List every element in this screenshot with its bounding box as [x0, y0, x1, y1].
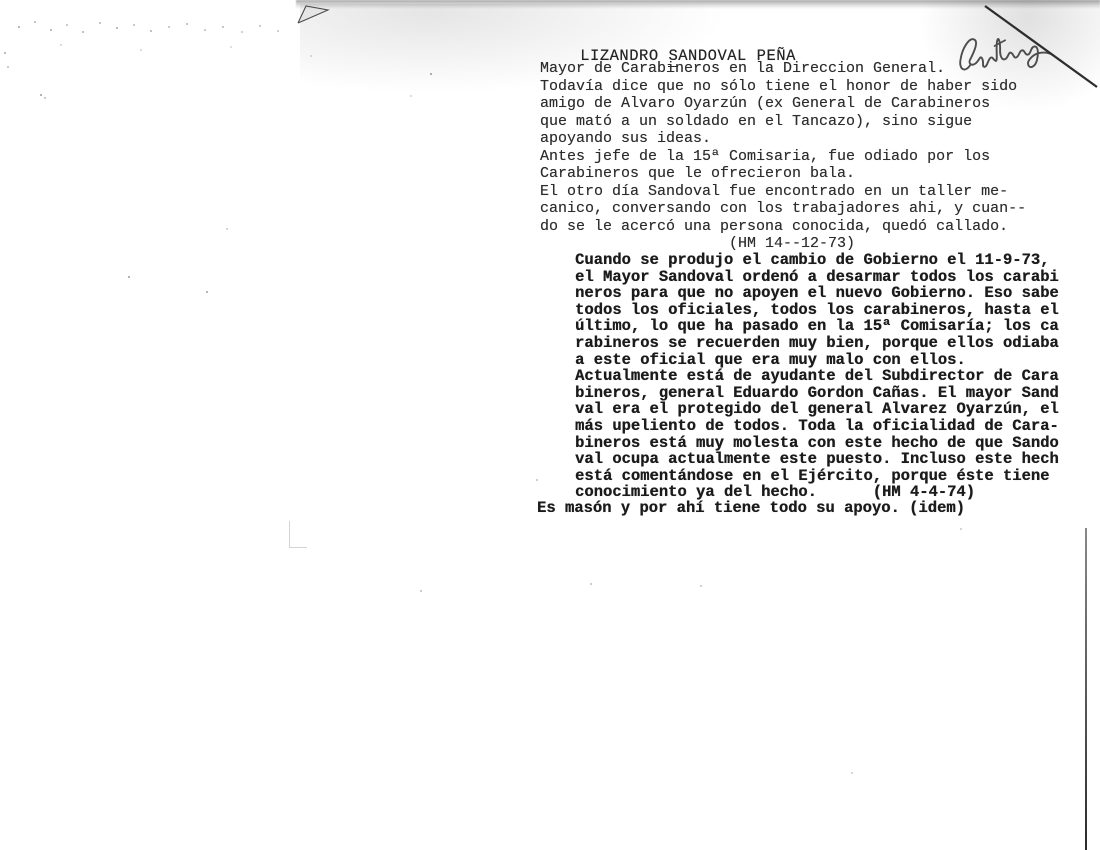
text-line: bineros, general Eduardo Gordon Cañas. E… — [575, 385, 1059, 402]
text-line: a este oficial que era muy malo con ello… — [575, 352, 1059, 369]
text-line: Cuando se produjo el cambio de Gobierno … — [575, 252, 1059, 269]
paper-fold-corner — [293, 2, 335, 28]
text-line: canico, conversando con los trabajadores… — [540, 200, 1026, 218]
text-line: Carabineros que le ofrecieron bala. — [540, 165, 1026, 183]
text-line: bineros está muy molesta con este hecho … — [575, 435, 1059, 452]
text-line: do se le acercó una persona conocida, qu… — [540, 218, 1026, 236]
scan-right-edge-line — [1085, 528, 1087, 850]
text-line: apoyando sus ideas. — [540, 130, 1026, 148]
scan-noise-dots — [0, 0, 2, 2]
text-line: (HM 14--12-73) — [540, 235, 1026, 253]
text-line: El otro día Sandoval fue encontrado en u… — [540, 183, 1026, 201]
text-line: está comentándose en el Ejército, porque… — [575, 468, 1059, 485]
faint-corner-mark — [289, 521, 307, 548]
text-line: Actualmente está de ayudante del Subdire… — [575, 368, 1059, 385]
intro-paragraph: Mayor de Carabineros en la Direccion Gen… — [540, 60, 1026, 253]
text-line: Todavía dice que no sólo tiene el honor … — [540, 78, 1026, 96]
text-line: que mató a un soldado en el Tancazo), si… — [540, 113, 1026, 131]
text-line: rabineros se recuerden muy bien, porque … — [575, 335, 1059, 352]
text-line: val ocupa actualmente este puesto. Inclu… — [575, 451, 1059, 468]
text-line: Mayor de Carabineros en la Direccion Gen… — [540, 60, 1026, 78]
second-paragraph: Cuando se produjo el cambio de Gobierno … — [575, 252, 1059, 501]
text-line: más upeliento de todos. Toda la oficiali… — [575, 418, 1059, 435]
text-line: amigo de Alvaro Oyarzún (ex General de C… — [540, 95, 1026, 113]
text-line: Antes jefe de la 15ª Comisaria, fue odia… — [540, 148, 1026, 166]
text-line: val era el protegido del general Alvarez… — [575, 401, 1059, 418]
closing-line: Es masón y por ahí tiene todo su apoyo. … — [537, 499, 965, 517]
text-line: el Mayor Sandoval ordenó a desarmar todo… — [575, 269, 1059, 286]
text-line: último, lo que ha pasado en la 15ª Comis… — [575, 318, 1059, 335]
text-line: neros para que no apoyen el nuevo Gobier… — [575, 285, 1059, 302]
text-line: todos los oficiales, todos los carabiner… — [575, 302, 1059, 319]
